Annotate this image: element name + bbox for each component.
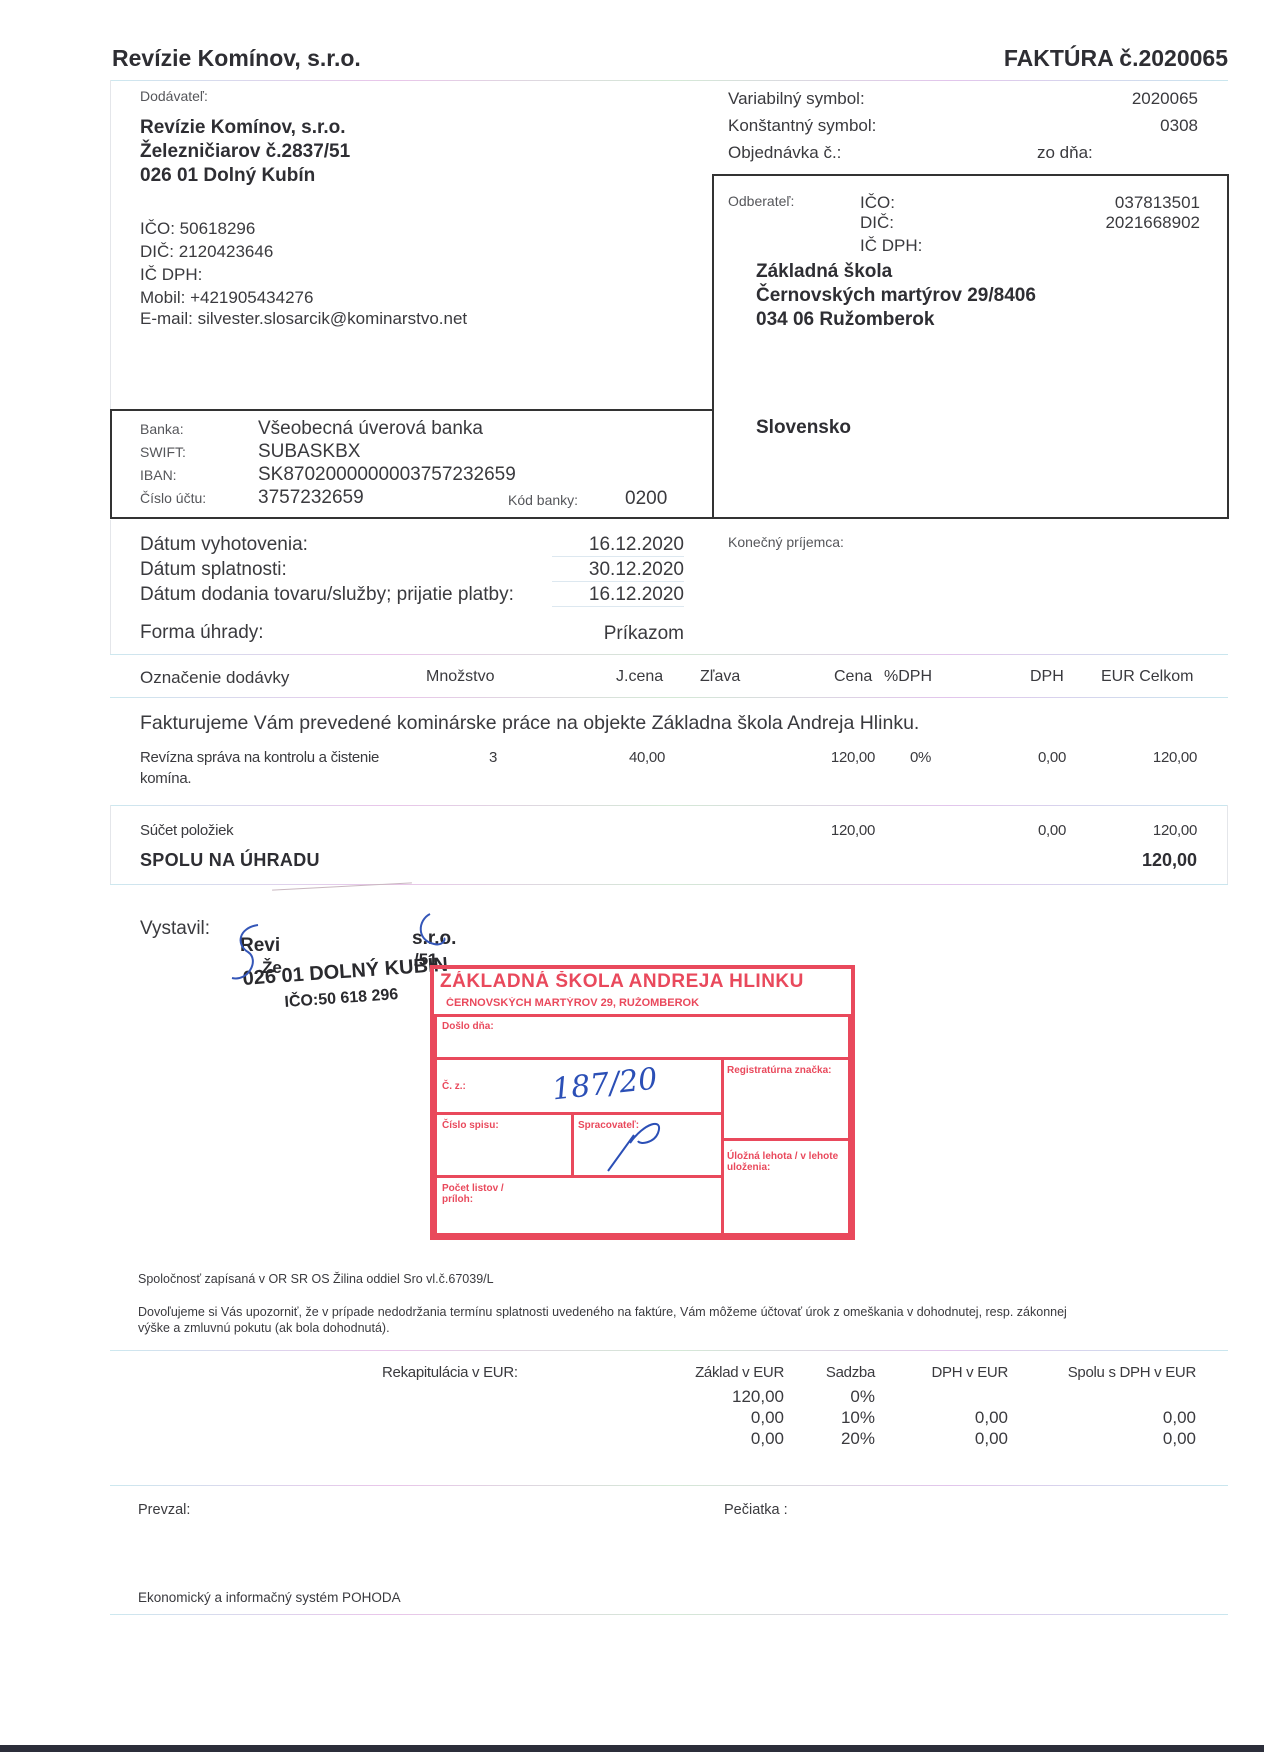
recap-rate: 20% bbox=[800, 1429, 875, 1449]
signature-mark-icon bbox=[228, 920, 268, 990]
swift-label: SWIFT: bbox=[140, 444, 186, 460]
variable-symbol-value: 2020065 bbox=[1132, 89, 1198, 109]
receipt-field-received: Došlo dňa: bbox=[442, 1021, 494, 1032]
supplier-label: Dodávateľ: bbox=[140, 88, 208, 104]
scan-edge bbox=[0, 1745, 1264, 1752]
payment-method-value: Príkazom bbox=[552, 623, 684, 645]
constant-symbol-label: Konštantný symbol: bbox=[728, 116, 876, 136]
col-vat: DPH bbox=[1030, 668, 1064, 686]
bank-label: Banka: bbox=[140, 421, 184, 437]
supplier-city: 026 01 Dolný Kubín bbox=[140, 165, 315, 187]
recap-rate: 10% bbox=[800, 1408, 875, 1428]
recap-total: 0,00 bbox=[1030, 1408, 1196, 1428]
receipt-stamp-header: ZÁKLADNÁ ŠKOLA ANDREJA HLINKU bbox=[440, 971, 845, 993]
customer-city: 034 06 Ružomberok bbox=[756, 309, 934, 331]
sum-total: 120,00 bbox=[1110, 822, 1197, 839]
customer-street: Černovských martýrov 29/8406 bbox=[756, 285, 1036, 307]
sum-price: 120,00 bbox=[790, 822, 875, 839]
final-recipient-label: Konečný príjemca: bbox=[728, 534, 844, 550]
amount-due-label: SPOLU NA ÚHRADU bbox=[140, 850, 320, 871]
account-number-value: 3757232659 bbox=[258, 487, 364, 509]
due-date-value: 30.12.2020 bbox=[552, 559, 684, 582]
issue-date-value: 16.12.2020 bbox=[552, 534, 684, 557]
delivery-date-value: 16.12.2020 bbox=[552, 584, 684, 607]
variable-symbol-label: Variabilný symbol: bbox=[728, 89, 865, 109]
recap-total: 0,00 bbox=[1030, 1429, 1196, 1449]
recap-col-base: Základ v EUR bbox=[660, 1364, 784, 1381]
recap-base: 0,00 bbox=[660, 1429, 784, 1449]
item-description-line2: komína. bbox=[140, 770, 191, 787]
registration-note: Spoločnosť zapísaná v OR SR OS Žilina od… bbox=[138, 1272, 494, 1286]
customer-ico-label: IČO: bbox=[860, 193, 895, 213]
item-quantity: 3 bbox=[489, 749, 497, 766]
supplier-name: Revízie Komínov, s.r.o. bbox=[140, 117, 346, 139]
invoice-title: FAKTÚRA č.2020065 bbox=[1004, 45, 1228, 72]
item-total: 120,00 bbox=[1110, 749, 1197, 766]
customer-label: Odberateľ: bbox=[728, 193, 794, 209]
supplier-mobile: Mobil: +421905434276 bbox=[140, 288, 313, 308]
bank-code-label: Kód banky: bbox=[508, 492, 578, 508]
receipt-field-attachments: Číslo spisu: bbox=[442, 1120, 499, 1131]
recap-col-rate: Sadzba bbox=[800, 1364, 875, 1381]
col-discount: Zľava bbox=[700, 668, 740, 686]
bank-value: Všeobecná úverová banka bbox=[258, 418, 483, 440]
payment-warning-line2: výške a zmluvnú pokutu (ak bola dohodnut… bbox=[138, 1321, 390, 1335]
supplier-email: E-mail: silvester.slosarcik@kominarstvo.… bbox=[140, 309, 467, 329]
sum-label: Súčet položiek bbox=[140, 822, 233, 839]
col-total: EUR Celkom bbox=[1101, 668, 1193, 686]
recap-base: 120,00 bbox=[660, 1387, 784, 1407]
receipt-stamp: ZÁKLADNÁ ŠKOLA ANDREJA HLINKU ČERNOVSKÝC… bbox=[430, 965, 855, 1240]
recap-col-total: Spolu s DPH v EUR bbox=[1030, 1364, 1196, 1381]
order-number-label: Objednávka č.: bbox=[728, 143, 841, 163]
customer-ico-value: 037813501 bbox=[1115, 193, 1200, 213]
recap-label: Rekapitulácia v EUR: bbox=[382, 1364, 518, 1381]
col-description: Označenie dodávky bbox=[140, 668, 289, 688]
items-intro: Fakturujeme Vám prevedené kominárske prá… bbox=[140, 712, 919, 735]
signature-flourish-icon bbox=[408, 910, 448, 960]
supplier-ic-dph: IČ DPH: bbox=[140, 265, 202, 285]
due-date-label: Dátum splatnosti: bbox=[140, 559, 287, 581]
account-number-label: Číslo účtu: bbox=[140, 490, 206, 506]
receipt-field-retention: Úložná lehota / v lehote uloženia: bbox=[727, 1151, 852, 1173]
receipt-field-number: Č. z.: bbox=[442, 1081, 466, 1092]
payment-method-label: Forma úhrady: bbox=[140, 622, 264, 644]
recap-rate: 0% bbox=[800, 1387, 875, 1407]
recap-base: 0,00 bbox=[660, 1408, 784, 1428]
recap-col-vat: DPH v EUR bbox=[900, 1364, 1008, 1381]
customer-ic-dph-label: IČ DPH: bbox=[860, 236, 922, 256]
recap-vat: 0,00 bbox=[900, 1429, 1008, 1449]
item-price: 120,00 bbox=[790, 749, 875, 766]
issue-date-label: Dátum vyhotovenia: bbox=[140, 534, 308, 556]
supplier-stamp-line4: IČO:50 618 296 bbox=[284, 986, 399, 1012]
payment-warning-line1: Dovoľujeme si Vás upozorniť, že v prípad… bbox=[138, 1305, 1067, 1319]
sum-vat: 0,00 bbox=[980, 822, 1066, 839]
constant-symbol-value: 0308 bbox=[1160, 116, 1198, 136]
col-quantity: Množstvo bbox=[426, 668, 494, 686]
supplier-dic: DIČ: 2120423646 bbox=[140, 242, 273, 262]
customer-dic-label: DIČ: bbox=[860, 213, 894, 233]
item-vat: 0,00 bbox=[980, 749, 1066, 766]
delivery-date-label: Dátum dodania tovaru/služby; prijatie pl… bbox=[140, 584, 514, 606]
stamp-label: Pečiatka : bbox=[724, 1502, 788, 1518]
amount-due-value: 120,00 bbox=[1090, 850, 1197, 871]
supplier-street: Železničiarov č.2837/51 bbox=[140, 141, 350, 163]
item-unit-price: 40,00 bbox=[580, 749, 665, 766]
swift-value: SUBASKBX bbox=[258, 441, 360, 463]
company-heading: Revízie Komínov, s.r.o. bbox=[112, 45, 361, 72]
receipt-field-registry: Registratúrna značka: bbox=[727, 1065, 831, 1076]
customer-dic-value: 2021668902 bbox=[1105, 213, 1200, 233]
issued-by-label: Vystavil: bbox=[140, 918, 210, 940]
customer-name: Základná škola bbox=[756, 261, 892, 283]
recap-vat: 0,00 bbox=[900, 1408, 1008, 1428]
iban-label: IBAN: bbox=[140, 467, 177, 483]
col-price: Cena bbox=[834, 668, 872, 686]
item-vat-rate: 0% bbox=[910, 749, 931, 766]
handler-signature-icon bbox=[604, 1115, 684, 1175]
item-description-line1: Revízna správa na kontrolu a čistenie bbox=[140, 749, 379, 766]
col-unit-price: J.cena bbox=[616, 668, 663, 686]
iban-value: SK8702000000003757232659 bbox=[258, 464, 516, 486]
supplier-ico: IČO: 50618296 bbox=[140, 219, 255, 239]
receipt-stamp-subheader: ČERNOVSKÝCH MARTÝROV 29, RUŽOMBEROK bbox=[446, 997, 839, 1009]
col-vat-rate: %DPH bbox=[884, 668, 932, 686]
received-by-label: Prevzal: bbox=[138, 1502, 190, 1518]
software-note: Ekonomický a informačný systém POHODA bbox=[138, 1590, 401, 1605]
receipt-field-count: Počet listov / príloh: bbox=[442, 1183, 522, 1205]
bank-code-value: 0200 bbox=[625, 488, 667, 510]
customer-country: Slovensko bbox=[756, 417, 851, 439]
order-date-label: zo dňa: bbox=[1037, 143, 1093, 163]
